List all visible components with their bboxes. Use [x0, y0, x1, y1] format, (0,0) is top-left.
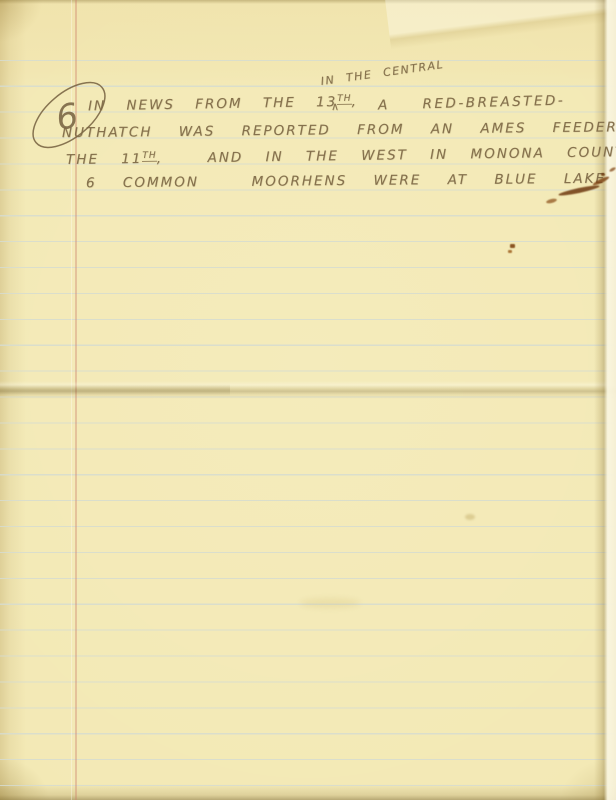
- note-line-3-rest: , AND IN THE WEST IN MONONA COUNTY,: [157, 144, 616, 167]
- fold-crease-left-shadow: [0, 384, 230, 396]
- ink-spot: [510, 244, 515, 248]
- note-line-1b: A RED-BREASTED-: [378, 93, 566, 114]
- note-line-1-text: IN NEWS FROM THE 13: [88, 94, 338, 114]
- note-line-3-text: THE 11: [66, 151, 143, 168]
- ordinal-superscript: TH: [337, 94, 351, 105]
- ordinal-superscript: TH: [142, 151, 156, 162]
- note-line-4: 6 COMMON MOORHENS WERE AT BLUE LAKE: [86, 171, 606, 192]
- ink-smudge-streak: [546, 198, 558, 205]
- note-line-3: THE 11TH, AND IN THE WEST IN MONONA COUN…: [66, 144, 616, 170]
- insertion-phrase: IN THE CENTRAL: [320, 57, 445, 90]
- paper-stain: [300, 598, 360, 608]
- ink-spot: [508, 250, 512, 253]
- notepad-page: 6 IN THE CENTRAL ∧ IN NEWS FROM THE 13TH…: [0, 0, 616, 800]
- note-line-2: NUTHATCH WAS REPORTED FROM AN AMES FEEDE…: [62, 119, 616, 141]
- ink-smudge-dot: [609, 166, 616, 172]
- ink-smudge-dot: [601, 173, 605, 176]
- paper-stain: [465, 514, 475, 520]
- note-line-1: IN NEWS FROM THE 13TH,: [88, 94, 358, 117]
- top-right-corner-crease: [383, 0, 616, 50]
- note-line-1-comma: ,: [351, 94, 358, 110]
